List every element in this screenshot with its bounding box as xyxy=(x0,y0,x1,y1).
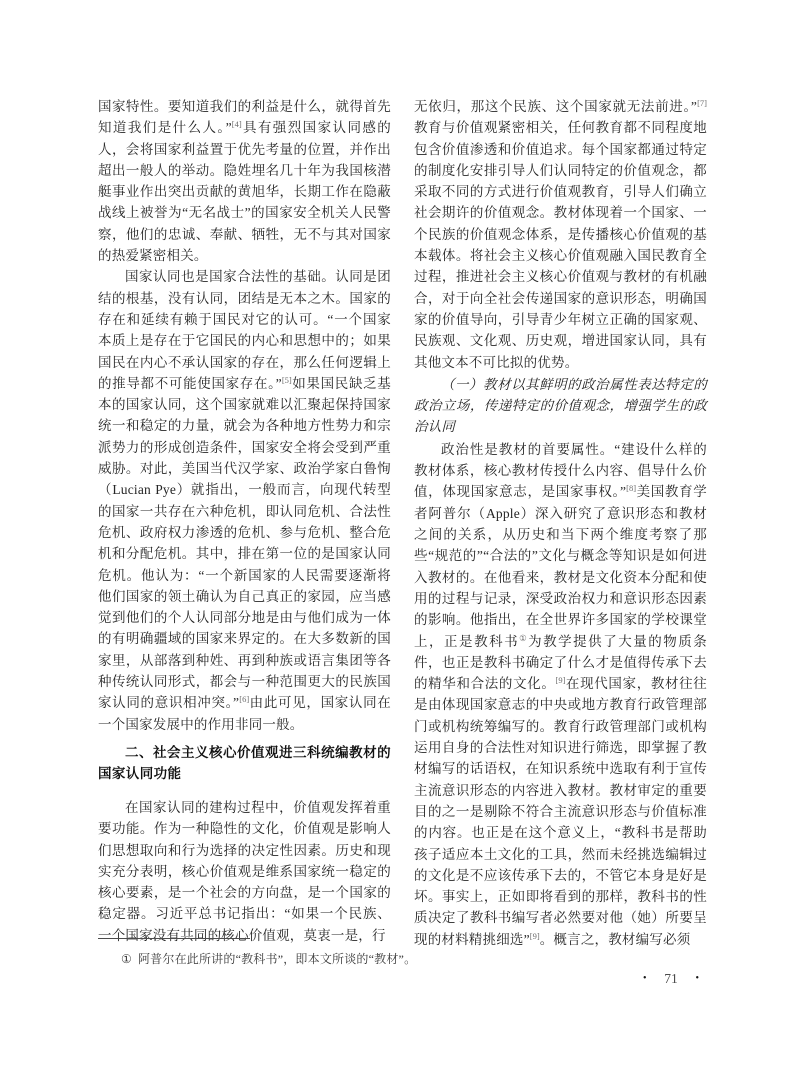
text-run: 在国家认同的建构过程中，价值观发挥着重要功能。作为一种隐性的文化，价值观是影响人… xyxy=(98,800,391,943)
text-run: 二、社会主义核心价值观进三科统编教材的国家认同功能 xyxy=(98,745,391,781)
footnote-rule xyxy=(98,938,250,939)
citation-ref: [7] xyxy=(697,98,707,108)
citation-ref: [5] xyxy=(282,375,292,385)
footnote: ①阿普尔在此所讲的“教科书”，即本文所谈的“教材”。 xyxy=(98,938,408,967)
text-run: 具有强烈国家认同感的人，会将国家利益置于优先考量的位置，并作出超出一般人的举动。… xyxy=(98,120,391,263)
citation-ref: [6] xyxy=(239,694,249,704)
body-paragraph: 政治性是教材的首要属性。“建设什么样的教材体系，核心教材传授什么内容、倡导什么价… xyxy=(414,439,707,950)
page-number-dot-right: • xyxy=(695,974,699,984)
right-column: 无依归，那这个民族、这个国家就无法前进。”[7]教育与价值观紧密相关，任何教育都… xyxy=(414,96,707,950)
citation-ref: [9] xyxy=(556,675,566,685)
text-run: 国家认同也是国家合法性的基础。认同是团结的根基，没有认同，团结是无本之木。国家的… xyxy=(98,269,391,390)
text-run: 在现代国家，教材往往是由体现国家意志的中央或地方教育行政管理部门或机构统筹编写的… xyxy=(414,676,707,947)
citation-ref: [9] xyxy=(530,931,540,941)
left-column: 国家特性。要知道我们的利益是什么，就得首先知道我们是什么人。”[4]具有强烈国家… xyxy=(98,96,391,950)
journal-page: { "left_column": { "blocks": [ { "type":… xyxy=(0,0,800,1077)
footnote-ref: ① xyxy=(519,633,528,643)
section-heading: 二、社会主义核心价值观进三科统编教材的国家认同功能 xyxy=(98,742,391,784)
text-run: 教育与价值观紧密相关，任何教育都不同程度地包含价值渗透和价值追求。每个国家都通过… xyxy=(414,120,707,369)
text-run: 如果国民缺乏基本的国家认同，这个国家就难以汇聚起保持国家统一和稳定的力量，就会为… xyxy=(98,376,391,710)
citation-ref: [4] xyxy=(232,119,242,129)
text-run: 无依归，那这个民族、这个国家就无法前进。” xyxy=(414,99,697,114)
footnote-marker: ① xyxy=(121,952,132,966)
text-run: 。概言之，教材编写必须 xyxy=(540,932,691,947)
text-run: （一）教材以其鲜明的政治属性表达特定的政治立场，传递特定的价值观念，增强学生的政… xyxy=(414,377,707,434)
body-paragraph: 国家认同也是国家合法性的基础。认同是团结的根基，没有认同，团结是无本之木。国家的… xyxy=(98,266,391,735)
page-number-dot-left: • xyxy=(643,974,647,984)
text-run: 美国教育学者阿普尔（Apple）深入研究了意识形态和教材之间的关系，从历史和当下… xyxy=(414,484,707,648)
body-paragraph: 国家特性。要知道我们的利益是什么，就得首先知道我们是什么人。”[4]具有强烈国家… xyxy=(98,96,391,266)
page-text-area: 国家特性。要知道我们的利益是什么，就得首先知道我们是什么人。”[4]具有强烈国家… xyxy=(98,96,707,950)
footnote-text-line: ①阿普尔在此所讲的“教科书”，即本文所谈的“教材”。 xyxy=(98,950,408,967)
page-number: • 71 • xyxy=(643,971,699,987)
footnote-text: 阿普尔在此所讲的“教科书”，即本文所谈的“教材”。 xyxy=(138,952,416,966)
body-paragraph: 无依归，那这个民族、这个国家就无法前进。”[7]教育与价值观紧密相关，任何教育都… xyxy=(414,96,707,373)
subsection-heading: （一）教材以其鲜明的政治属性表达特定的政治立场，传递特定的价值观念，增强学生的政… xyxy=(414,374,707,437)
page-number-value: 71 xyxy=(664,971,678,987)
body-paragraph: 在国家认同的建构过程中，价值观发挥着重要功能。作为一种隐性的文化，价值观是影响人… xyxy=(98,797,391,946)
citation-ref: [8] xyxy=(626,483,636,493)
